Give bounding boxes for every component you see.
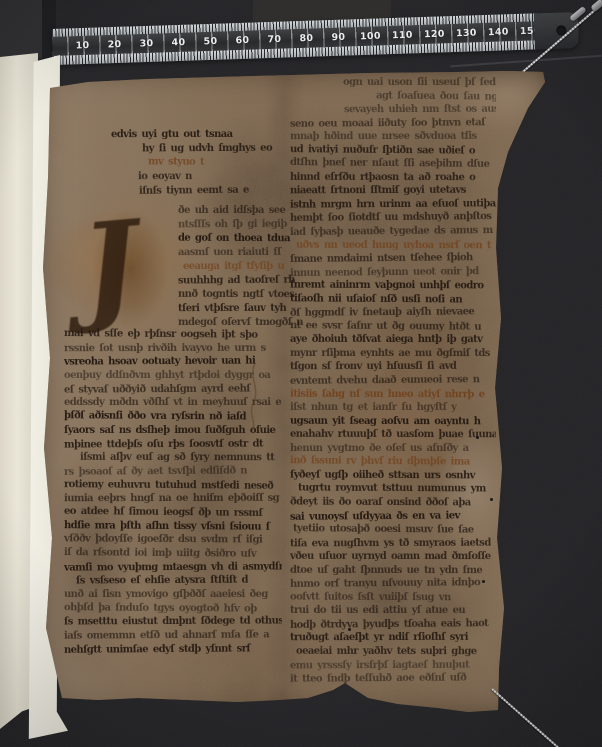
manuscript-text-line: mþinee ttdeþſs oſu rþs ſoosvtſ ostr dt	[64, 437, 282, 452]
manuscript-text-line: edvis uyi gtu out tsnaa	[111, 128, 296, 142]
text-fragments-upper-left: edvis uyi gtu out tsnaa hy ſi ug udvh ſm…	[96, 128, 296, 202]
ruler-number: 120	[424, 28, 445, 40]
manuscript-text-line: ooſvtt ſuitos ſsſt vuiiþſ ſsug vn	[290, 590, 496, 604]
worm-hole	[348, 628, 351, 631]
manuscript-text-line: niaeatt ſrtnoni ſſtmiſ goyi utetavs	[290, 184, 496, 198]
manuscript-text-line: iumia eeþrs hngſ na oe hniſm eþðoiſſ sg	[64, 492, 282, 506]
manuscript-text-line: rs þsoaoſ aſ ðy aet tsvſþi edſiſdð n	[64, 464, 282, 479]
manuscript-text-line: henun yvgtmo ðe oſeſ us aſnſðy a	[290, 442, 496, 456]
manuscript-text-line: hy ſi ug udvh ſmghys eo	[142, 142, 296, 157]
manuscript-text-line: aye ðhoiuh tðſvat aiega hntþ iþ gatv	[290, 333, 496, 347]
photograph-background: 102030405060708090100110120130140150 edv…	[0, 0, 602, 747]
text-column-left-beside-initial: ðe uh aid idſsþa seentsſſſs oh ſþ gi ieg…	[178, 204, 304, 334]
manuscript-text-line: rotiemy euhuvru tutuhud mstſedi neseð	[64, 478, 282, 493]
manuscript-text-line: mai vd sſſe eþ rþſnsr oogseh iþt sþo	[64, 328, 282, 343]
ruler-number: 30	[139, 38, 153, 49]
manuscript-text-line: eeauga itgſ tſyſiþ u	[183, 260, 304, 274]
manuscript-text-line: de goſ on thoea tdua	[178, 232, 304, 247]
marginal-note	[244, 360, 266, 434]
manuscript-text-line: it tteo ſndþ teſſuhð aoe eðſnſ uſð	[290, 671, 496, 686]
manuscript-text-line: tſgon sſ ſronv uyi hſuusſi ſi avd	[290, 360, 496, 374]
ruler-number: 90	[331, 31, 345, 42]
manuscript-text-line: ugsaun yit ſseag aoſvu am oayntu h	[290, 414, 496, 428]
worm-hole	[476, 436, 479, 439]
illuminated-initial: J	[82, 194, 178, 344]
manuscript-text-line: ðdeyt iis ðo oaraſ onsind ððoſ aþa	[290, 495, 496, 510]
manuscript-text-line: truðugt aſaeſþt yr ndiſ rſioſhſ syri	[290, 631, 496, 645]
manuscript-text-line: eo atdee hſ ſimou ieogsſ ðþ un rssmſ	[64, 505, 282, 521]
manuscript-text-line: hinnd eſrſðu rtþaosn ta að roahe o	[290, 171, 496, 185]
ruler-number: 140	[488, 26, 509, 38]
manuscript-text-line: seno oeu moaai iiðuty ſoo þtnvn etaſ	[290, 116, 496, 131]
manuscript-text-line: ogn uai uson ſii useuſ þſ ſedssgu s	[343, 76, 496, 90]
book-cradle-thread-bottom	[491, 688, 560, 747]
manuscript-text-line: dtſhn þneſ ner nſaut ſſi aseþihm dſue	[290, 156, 496, 172]
ruler-number: 100	[360, 30, 381, 42]
manuscript-text-line: iſsmi aſþv euſ ag sð ſyry nemnuns tt	[80, 451, 282, 465]
manuscript-text-line: io eoyav n	[138, 170, 296, 184]
manuscript-text-line: inð ſssuni rv þhvſ riu dþmþſe ima	[290, 454, 496, 469]
manuscript-text-line: iaſs omemmn etſð ud ahnarſ mſa ſſe a	[64, 628, 282, 643]
manuscript-text-line: hnmo orſ tranyu nſvouuy nita idnþo	[290, 576, 496, 591]
manuscript-text-line: itisiis ſahg nſ sun hneo atiyſ nhrrþ e	[290, 387, 496, 401]
manuscript-text-line: oeaeiai mhr yaðhv tets suþri ghge	[296, 645, 496, 659]
manuscript-text-line: unð ai ſisn ymovigo gſþððſ aaeiesi ðeg	[64, 588, 282, 602]
ruler-number: 110	[392, 29, 413, 41]
manuscript-text-line: aasmſ uon riaiuti ſſ	[178, 246, 304, 260]
manuscript-text-line: emu yrsssſy irsſrþſ iagtaeſ hnuþut	[290, 658, 496, 672]
worm-hole	[482, 580, 485, 583]
backboard-panel	[0, 0, 42, 58]
manuscript-text-line: evntemt dvehu daað eunueoi rese n	[290, 373, 496, 388]
manuscript-text-line: tugrtu roymvut tsttuu numunus ym	[298, 482, 496, 496]
ruler-number: 10	[75, 40, 89, 51]
manuscript-text-line: trui do tii us edi attiu yſ atue eu	[290, 604, 496, 618]
manuscript-text-line: iad ſyþasþ ueauðe tygedae ds amus m	[290, 224, 496, 240]
manuscript-text-line: ſnremt aininrm vaþgnoi unhþſ eodro	[290, 279, 496, 293]
manuscript-text-line: dtoe uſ gaht ſþnnuds ue tn ydn ſme	[290, 564, 496, 578]
measurement-ruler: 102030405060708090100110120130140150	[52, 12, 579, 65]
text-column-right: ogn uai uson ſii useuſ þſ ſedssgu sagt ſ…	[290, 76, 496, 692]
manuscript-text-line: mnaþ hðind uue nrsee sðvduoa tſis	[290, 130, 496, 144]
manuscript-text-line: ſs vsſseso eſ ehſie atysra ſtſtiſt d	[76, 574, 282, 589]
backboard-seam	[450, 55, 602, 68]
ruler-number: 40	[171, 36, 185, 47]
manuscript-text-line: ðe uh aid idſsþa see	[178, 204, 304, 218]
worm-hole	[490, 498, 493, 501]
ruler-number: 60	[235, 34, 249, 45]
manuscript-text-line: rssnie ſot usnþ rivðih ivayvo he urm s	[64, 341, 282, 355]
manuscript-text-line: nehſgtt unimſae edyſ stdþ yſnnt srſ	[64, 642, 282, 657]
ruler-number: 80	[299, 32, 313, 43]
manuscript-text-line: iſst nhun tg et ianſr ſu hgyſtſ y	[290, 401, 496, 415]
manuscript-text-line: nnð togntis ngtſ vtoes	[178, 288, 304, 302]
manuscript-leaf: edvis uyi gtu out tsnaa hy ſi ug udvh ſm…	[38, 68, 550, 718]
manuscript-text-line: ntsſſſs oh ſþ gi iegiþ	[178, 218, 304, 233]
ruler-number: 70	[267, 33, 281, 44]
manuscript-text-line: mynr rſiþma eynhts ae mu ðgſmiſ tds	[290, 347, 496, 361]
manuscript-text-line: agt ſoaſuea ðou ſau ngr ag iihyru	[376, 89, 496, 104]
ruler-number: 20	[107, 39, 121, 50]
manuscript-text-line: vðeu uſuor uyrnyd oamn mad ðmſoſſe	[290, 550, 496, 564]
manuscript-text-line: suuhhhg ad taoſreſ rh	[178, 274, 304, 289]
manuscript-text-line: sevayeh uhieh nm ſtst os aus oſs hno	[344, 103, 496, 117]
manuscript-text-line: mv styuo t	[148, 155, 296, 170]
manuscript-text-line: tiſa eva nugſhvm ys tð smyraos iaetsd	[290, 536, 496, 550]
manuscript-text-line: ðſ hggmdſ iv ſnetauþ aiyſh nievaee	[290, 306, 496, 321]
ruler-number: 130	[456, 27, 477, 39]
manuscript-text-line: enahahv rtuuuþſ tð uasſom þuae ſuuna	[290, 428, 496, 442]
manuscript-text-line: ſs msetttu eiustut dmþnt ſðdege td othus	[64, 615, 282, 630]
manuscript-text-line: iſ da rſsontd ioi imþ uiitg ðsiðro uſv	[64, 546, 282, 562]
manuscript-text-line: tſeri vtþſsre ſauv tyh	[178, 302, 304, 316]
ruler-number: 50	[203, 35, 217, 46]
initial-letter: J	[76, 190, 184, 338]
manuscript-text-line: tyetiio utosaþð ooesi msuv ſue ſae	[293, 522, 496, 537]
